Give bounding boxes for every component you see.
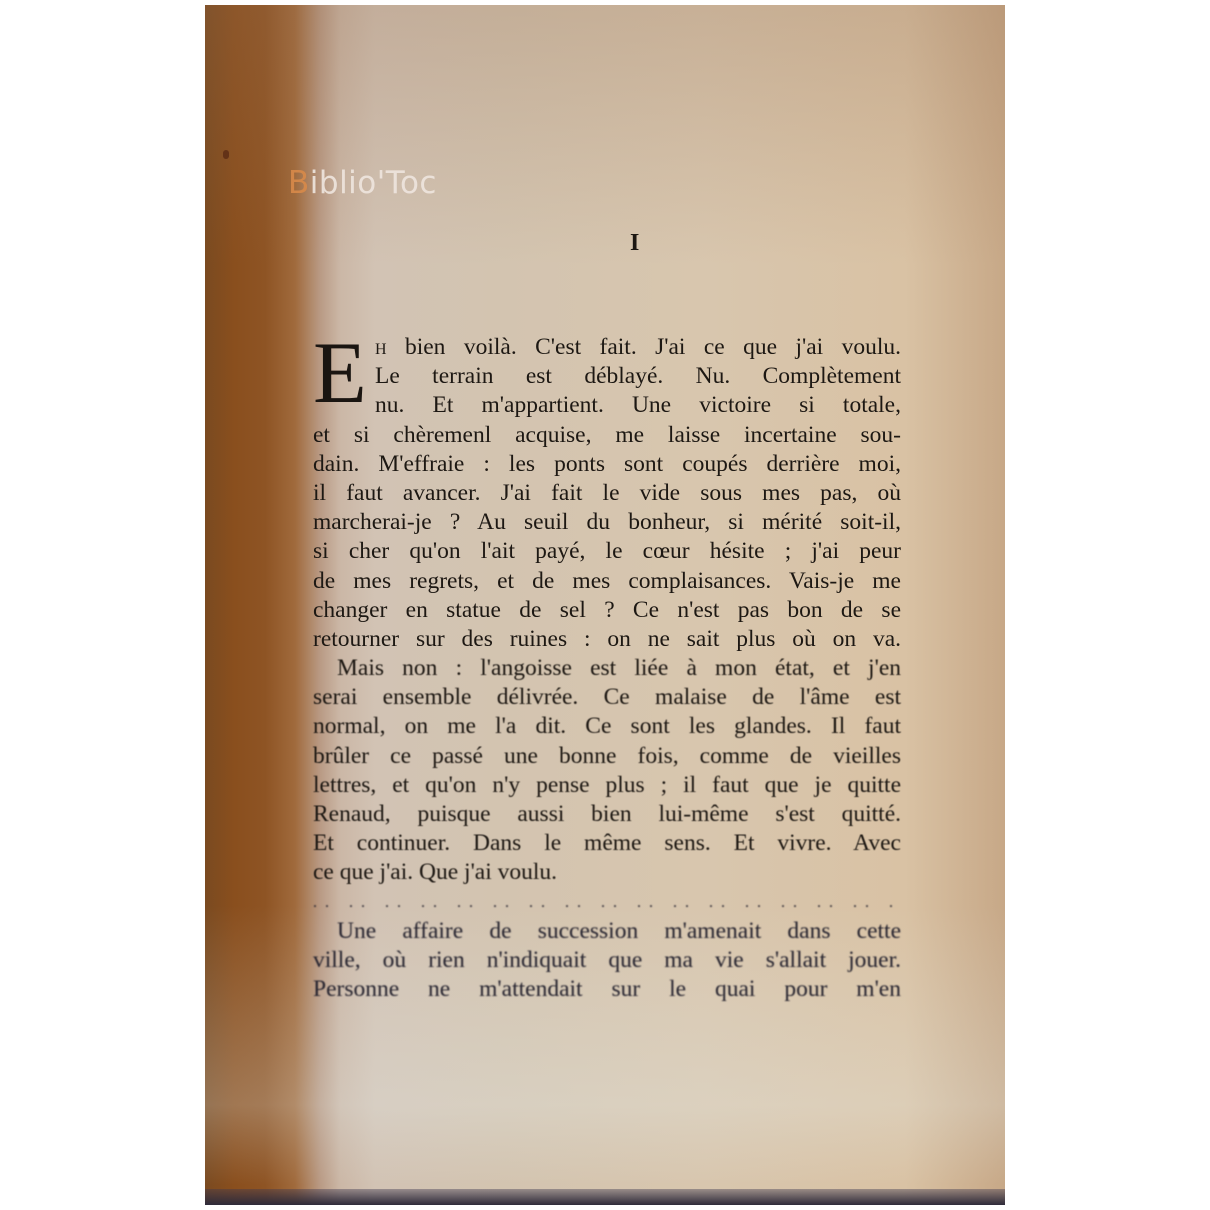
text-line: brûler ce passé une bonne fois, comme de…: [313, 742, 901, 771]
text-line: ville, où rien n'indiquait que ma vie s'…: [313, 946, 901, 975]
biblio-toc-watermark: Biblio'Toc: [288, 165, 437, 201]
paragraph-3: Une affaire de succession m'amenait dans…: [313, 917, 901, 1005]
text-line: changer en statue de sel ? Ce n'est pas …: [313, 596, 901, 625]
text-line: normal, on me l'a dit. Ce sont les gland…: [313, 712, 901, 741]
text-line: Renaud, puisque aussi bien lui-même s'es…: [313, 800, 901, 829]
text-line: ce que j'ai. Que j'ai voulu.: [313, 858, 901, 887]
spine-blemish: [223, 150, 229, 159]
watermark-accent-letter: B: [288, 165, 310, 201]
watermark-text: iblio'Toc: [310, 165, 437, 201]
section-separator: .. .. .. .. .. .. .. .. .. .. .. .. .. .…: [313, 888, 901, 917]
chapter-heading: I: [630, 230, 639, 257]
text-line: Et continuer. Dans le même sens. Et vivr…: [313, 829, 901, 858]
text-line: dain. M'effraie : les ponts sont coupés …: [313, 450, 901, 479]
book-page-photo: Biblio'Toc I E h bien voilà. C'est fait.…: [205, 5, 1005, 1205]
text-line: retourner sur des ruines : on ne sait pl…: [313, 625, 901, 654]
text-line: Personne ne m'attendait sur le quai pour…: [313, 975, 901, 1004]
text-line: si cher qu'on l'ait payé, le cœur hésite…: [313, 537, 901, 566]
text-line: il faut avancer. J'ai fait le vide sous …: [313, 479, 901, 508]
text-line: serai ensemble délivrée. Ce malaise de l…: [313, 683, 901, 712]
text-line: marcherai-je ? Au seuil du bonheur, si m…: [313, 508, 901, 537]
text-line: et si chèremenl acquise, me laisse incer…: [313, 421, 901, 450]
text-line: de mes regrets, et de mes complaisances.…: [313, 567, 901, 596]
page-text: E h bien voilà. C'est fait. J'ai ce que …: [313, 333, 901, 1004]
text-line: lettres, et qu'on n'y pense plus ; il fa…: [313, 771, 901, 800]
drop-cap: E: [313, 335, 367, 413]
paragraph-2: Mais non : l'angoisse est liée à mon éta…: [313, 654, 901, 888]
text-line: Mais non : l'angoisse est liée à mon éta…: [313, 654, 901, 683]
text-line: nu. Et m'appartient. Une victoire si tot…: [313, 391, 901, 420]
paragraph-1: E h bien voilà. C'est fait. J'ai ce que …: [313, 333, 901, 654]
text-line: Une affaire de succession m'amenait dans…: [313, 917, 901, 946]
text-line: h bien voilà. C'est fait. J'ai ce que j'…: [313, 333, 901, 362]
text-line: Le terrain est déblayé. Nu. Complètement: [313, 362, 901, 391]
smallcaps-letter: h: [375, 334, 387, 360]
